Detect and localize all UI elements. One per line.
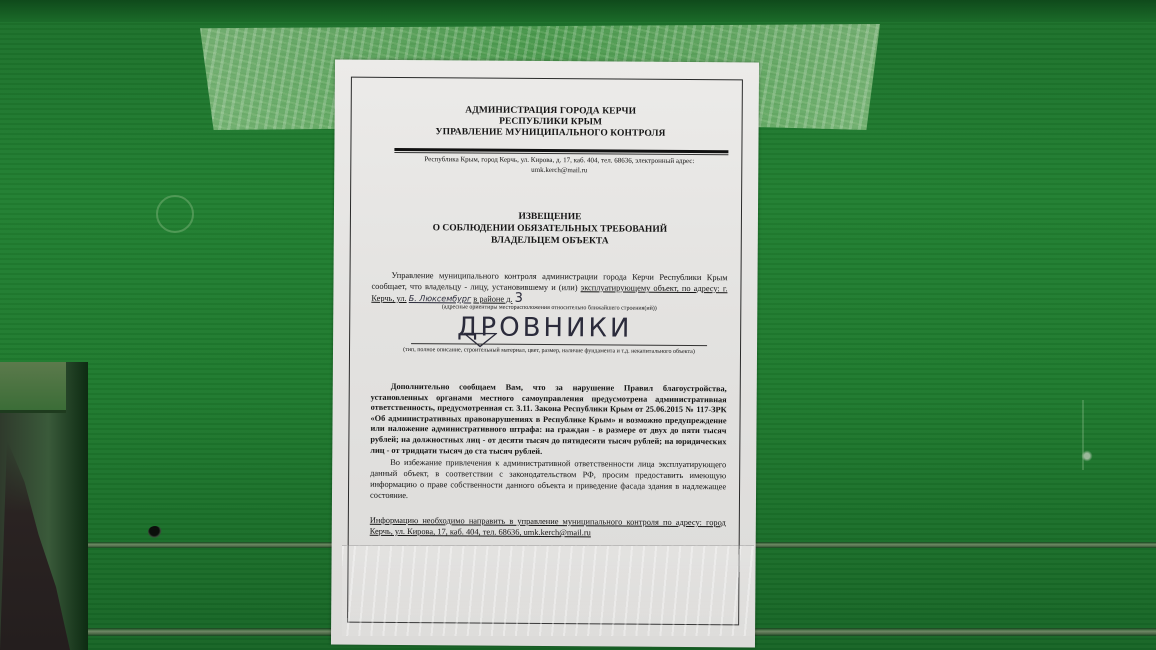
paragraph-1: Управление муниципального контроля админ… [371, 270, 727, 306]
bottom-tape-strip [342, 545, 754, 636]
handwritten-street: Б. Люксембург [409, 294, 472, 303]
post-cap [0, 362, 66, 413]
scratch-mark [1082, 400, 1084, 470]
wood-knot [156, 195, 194, 233]
bolt-hole [148, 526, 162, 538]
paragraph-4: Информацию необходимо направить в управл… [370, 515, 726, 539]
board-top-edge [0, 0, 1156, 22]
left-post [0, 362, 88, 650]
notice-title: ИЗВЕЩЕНИЕ О СОБЛЮДЕНИИ ОБЯЗАТЕЛЬНЫХ ТРЕБ… [372, 210, 728, 248]
contact-info: Республика Крым, город Керчь, ул. Кирова… [372, 154, 728, 176]
handwritten-arrow-icon [463, 331, 497, 347]
paragraph-1-text-c: в районе д. [473, 294, 512, 303]
title-line-3: ВЛАДЕЛЬЦЕМ ОБЪЕКТА [372, 234, 728, 248]
paragraph-3: Во избежание привлечения к административ… [370, 457, 726, 503]
notice-header: АДМИНИСТРАЦИЯ ГОРОДА КЕРЧИ РЕСПУБЛИКИ КР… [373, 105, 729, 140]
post-stain [0, 440, 70, 650]
paragraph-2: Дополнительно сообщаем Вам, что за наруш… [370, 382, 727, 459]
